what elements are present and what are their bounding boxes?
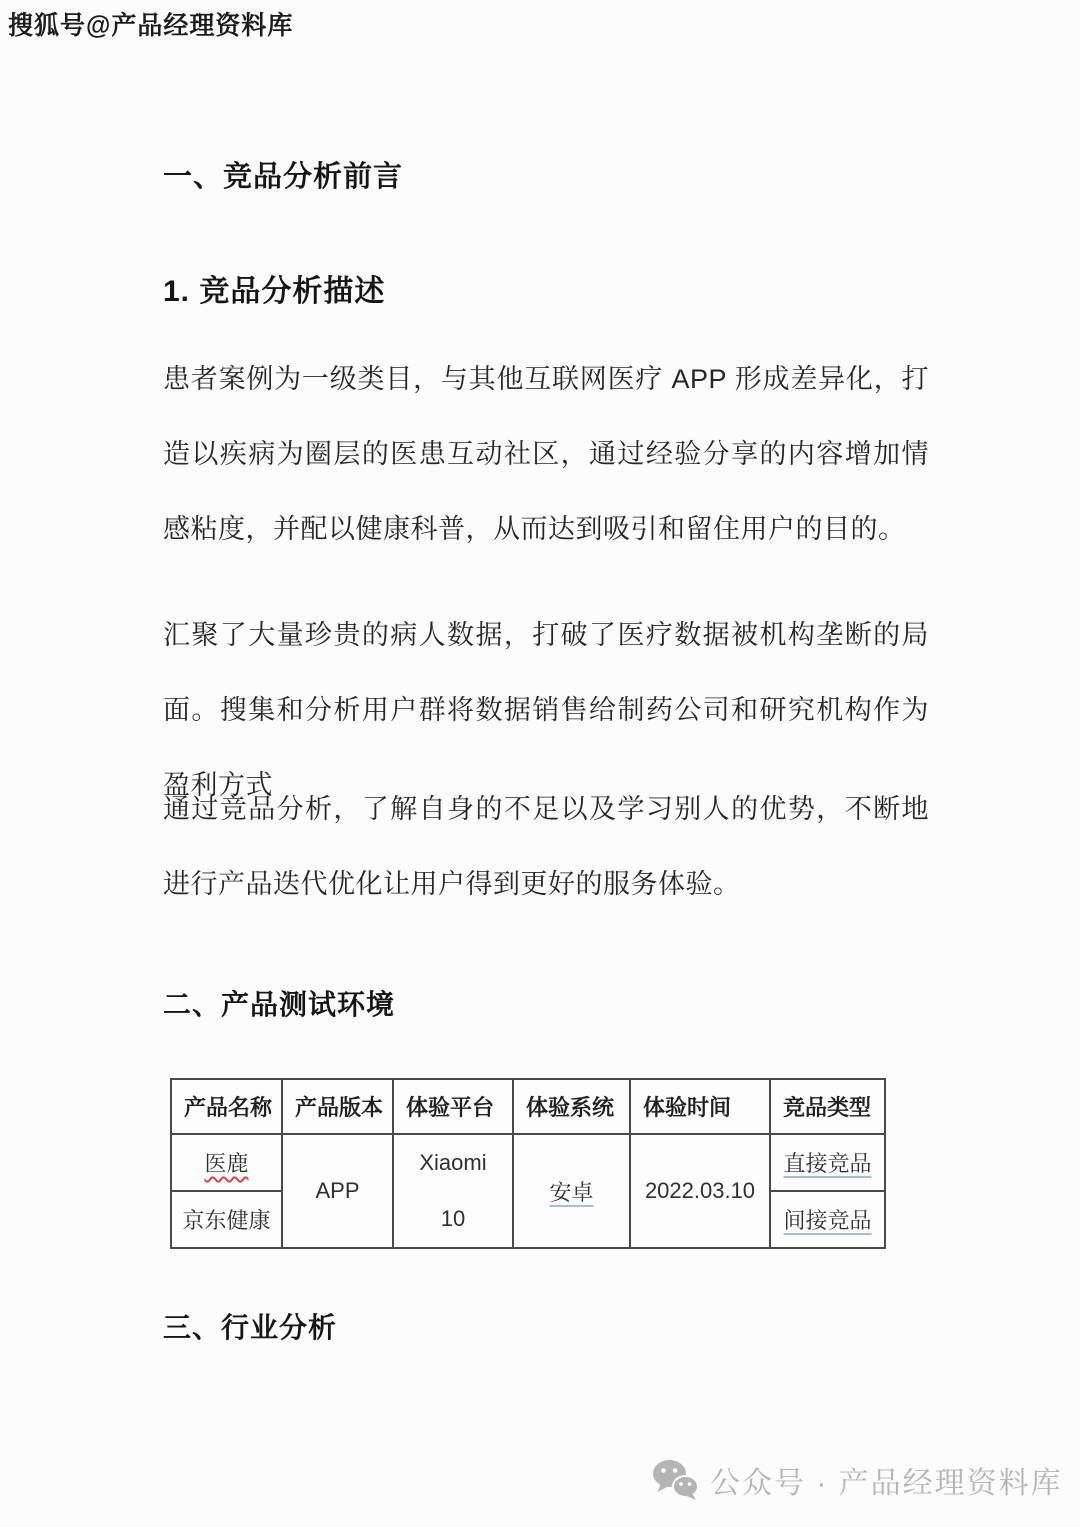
document-page: 搜狐号@产品经理资料库 一、竞品分析前言 1. 竞品分析描述 患者案例为一级类目… [0,0,1080,1527]
paragraph-description-3: 通过竞品分析，了解自身的不足以及学习别人的优势，不断地进行产品迭代优化让用户得到… [163,772,929,922]
cell-product2: 京东健康 [171,1191,282,1248]
section3-heading: 三、行业分析 [163,1306,337,1346]
header-product-version: 产品版本 [282,1079,393,1134]
header-time: 体验时间 [630,1079,770,1134]
table-header-row: 产品名称 产品版本 体验平台 体验系统 体验时间 竞品类型 [171,1079,885,1134]
paragraph-description-1: 患者案例为一级类目，与其他互联网医疗 APP 形成差异化，打造以疾病为圈层的医患… [163,342,929,567]
table-row: 医鹿 APP Xiaomi 10 安卓 2022.03.10 直接竞品 [171,1134,885,1191]
sohu-watermark: 搜狐号@产品经理资料库 [8,6,293,43]
header-competitor-type: 竞品类型 [770,1079,885,1134]
footer: 公众号 · 产品经理资料库 [652,1458,1063,1502]
header-platform: 体验平台 [393,1079,513,1134]
cell-version: APP [282,1134,393,1248]
cell-system: 安卓 [513,1134,630,1248]
wechat-icon [652,1459,700,1501]
system-text: 安卓 [549,1180,593,1205]
type1-text: 直接竞品 [783,1151,871,1176]
section1-heading: 一、竞品分析前言 [163,154,403,195]
section2-heading: 二、产品测试环境 [163,983,395,1023]
cell-time: 2022.03.10 [630,1134,770,1248]
type2-text: 间接竞品 [783,1208,871,1233]
header-product-name: 产品名称 [171,1079,282,1134]
cell-type2: 间接竞品 [770,1191,885,1248]
product1-text: 医鹿 [204,1151,248,1176]
test-environment-table: 产品名称 产品版本 体验平台 体验系统 体验时间 竞品类型 医鹿 APP Xia… [170,1078,886,1249]
footer-label: 公众号 · 产品经理资料库 [710,1458,1063,1502]
platform-text: Xiaomi 10 [406,1135,501,1247]
cell-product1: 医鹿 [171,1134,282,1191]
header-system: 体验系统 [513,1079,630,1134]
cell-type1: 直接竞品 [770,1134,885,1191]
section1-subheading: 1. 竞品分析描述 [163,266,385,310]
cell-platform: Xiaomi 10 [393,1134,513,1248]
